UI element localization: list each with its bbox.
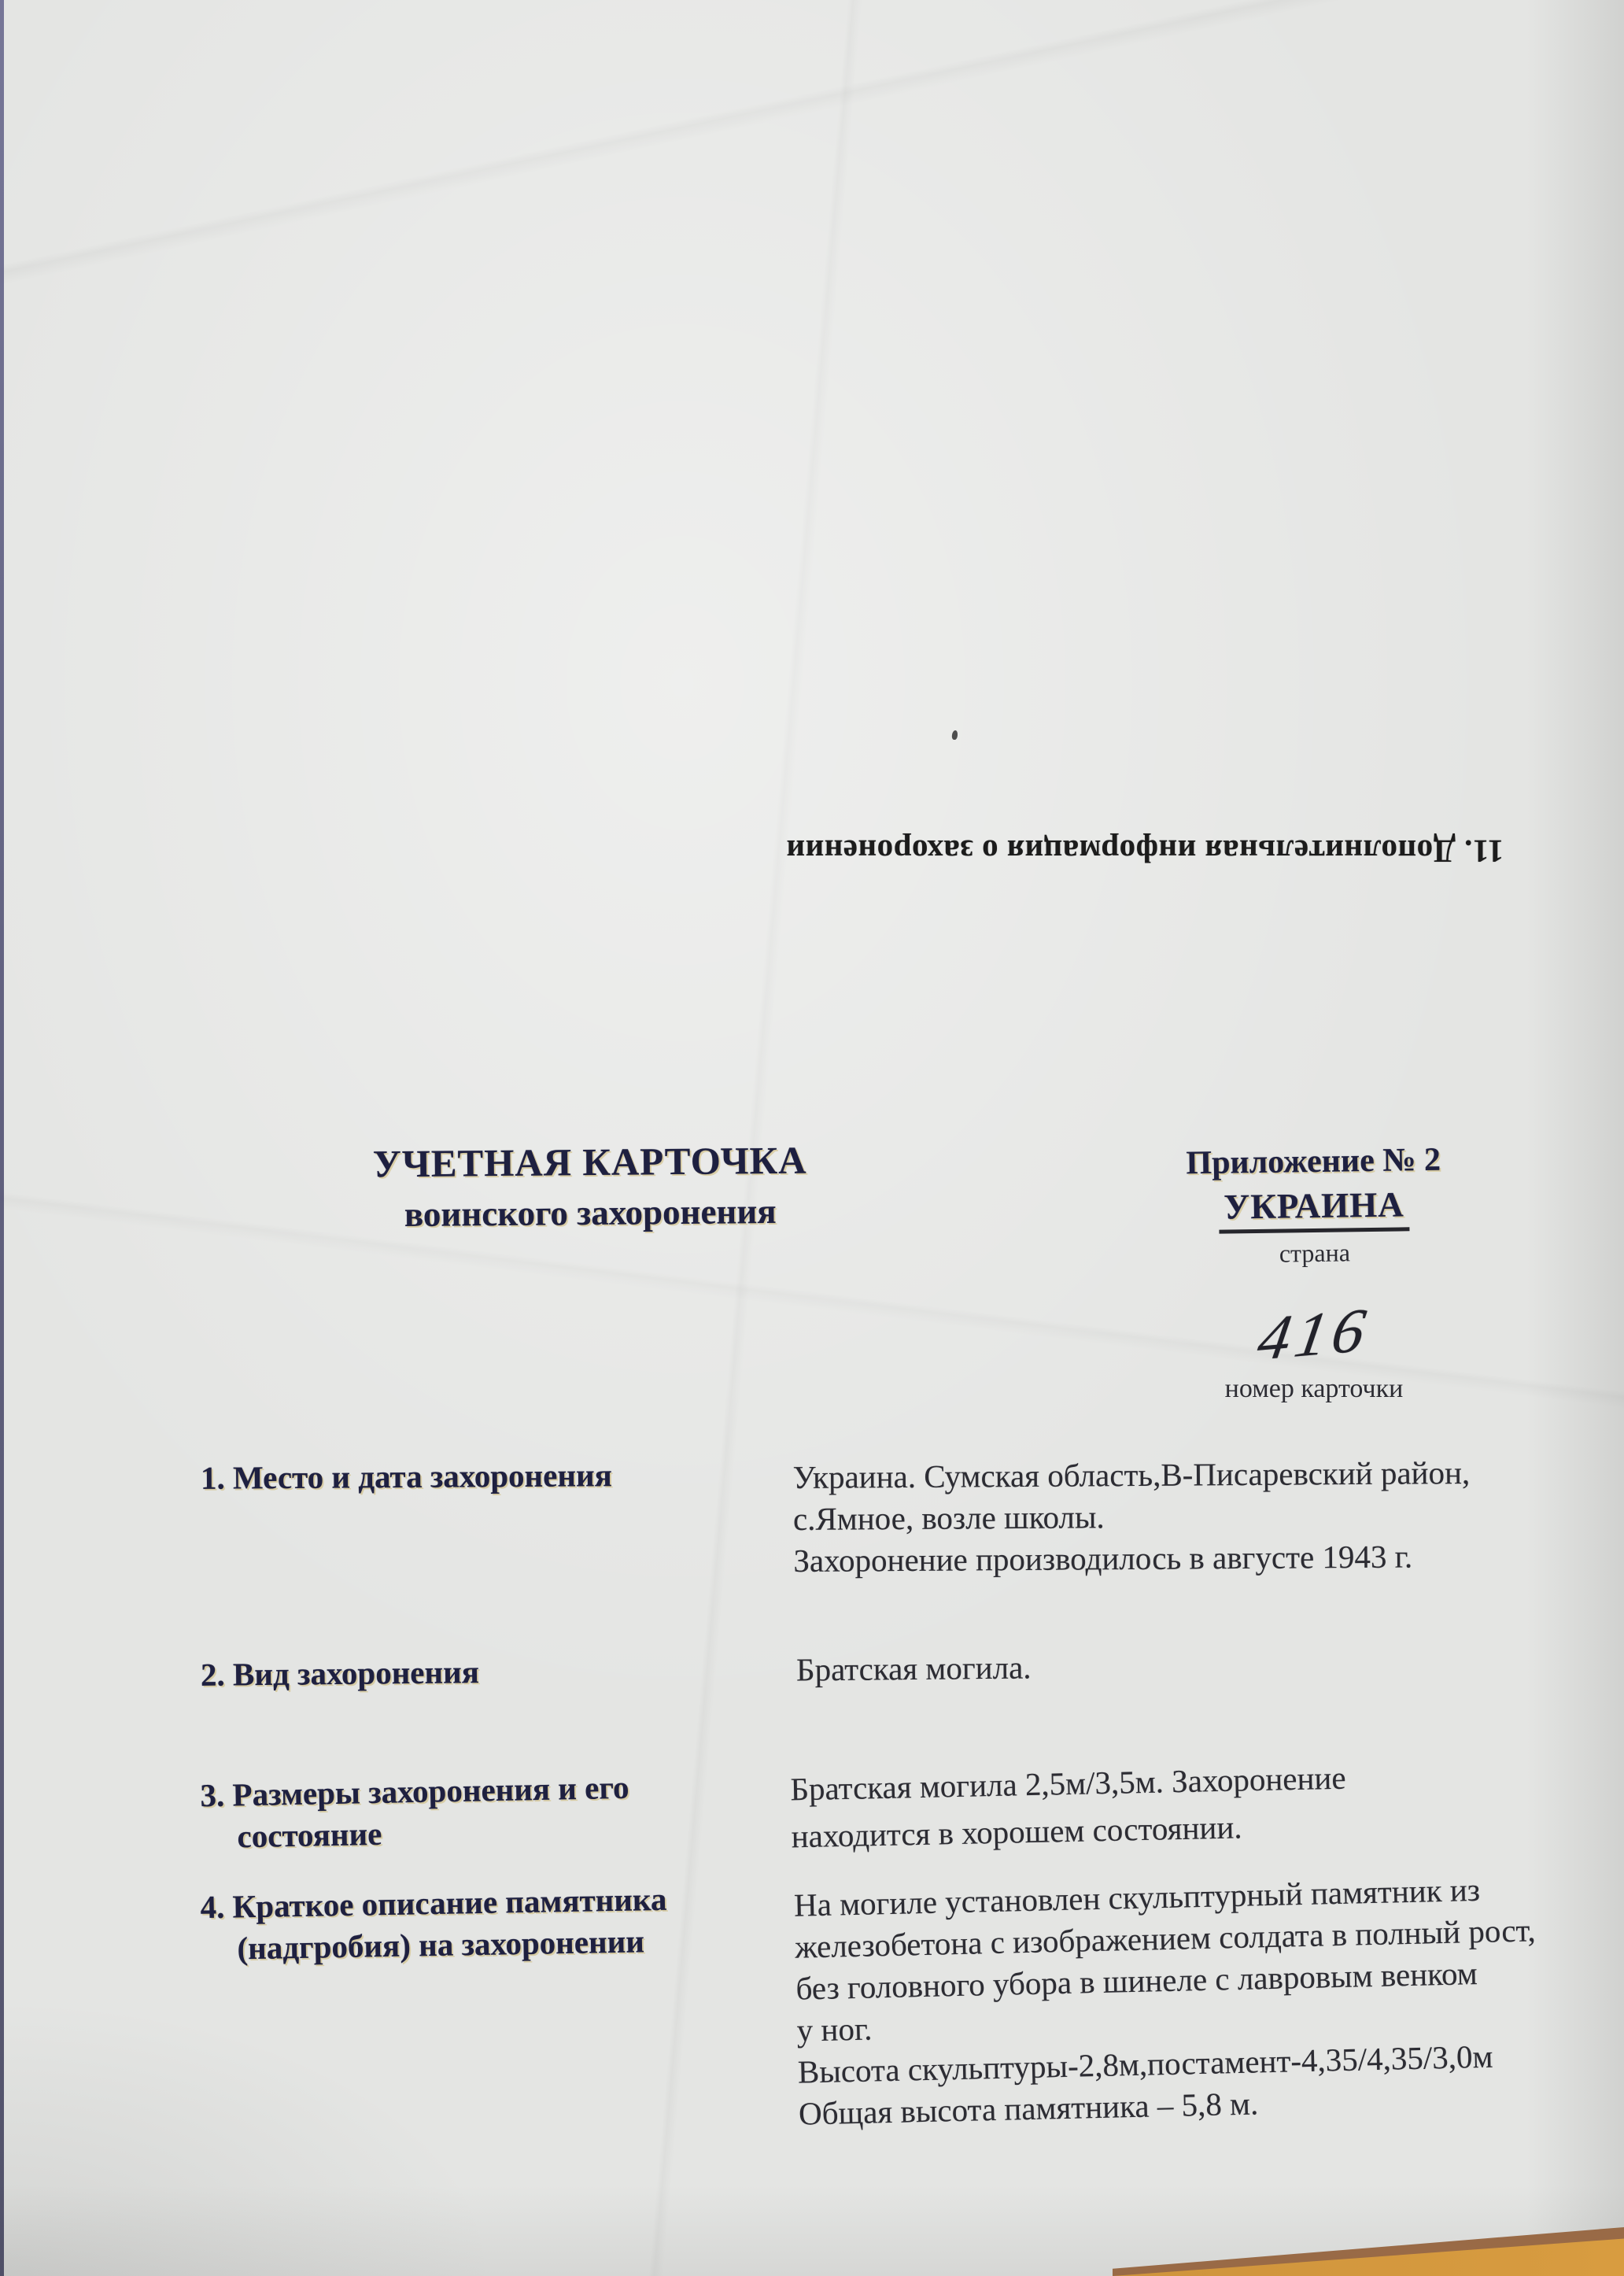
ink-speck-mark xyxy=(951,730,958,741)
item-1-value-line: Украина. Сумская область,В-Писаревский р… xyxy=(792,1452,1470,1498)
card-number-caption: номер карточки xyxy=(1145,1374,1483,1404)
card-number-block: 416 номер карточки xyxy=(1145,1303,1483,1404)
item-3-label: 3. Размеры захоронения и его состояние xyxy=(200,1767,630,1858)
handwritten-card-number: 416 xyxy=(1253,1299,1374,1371)
item-2-value-line: Братская могила. xyxy=(796,1646,1032,1690)
country-name-underlined: УКРАИНА xyxy=(1219,1184,1409,1233)
country-caption: страна xyxy=(1146,1236,1484,1270)
item-4-value: На могиле установлен скульптурный памятн… xyxy=(794,1868,1540,2134)
reverse-side-bleed-text: 11. Дополнительная информация о захороне… xyxy=(747,833,1542,870)
item-4-label: 4. Краткое описание памятника (надгробия… xyxy=(200,1879,668,1970)
item-1-value: Украина. Сумская область,В-Писаревский р… xyxy=(792,1452,1471,1582)
country-name: УКРАИНА xyxy=(1145,1183,1484,1235)
scanned-burial-card-page: 11. Дополнительная информация о захороне… xyxy=(0,0,1624,2276)
card-title: УЧЕТНАЯ КАРТОЧКА xyxy=(330,1137,849,1187)
card-subtitle: воинского захоронения xyxy=(330,1190,850,1236)
item-2-value: Братская могила. xyxy=(796,1646,1032,1690)
item-2-label: 2. Вид захоронения xyxy=(201,1651,479,1696)
item-1-label: 1. Место и дата захоронения xyxy=(201,1454,612,1499)
item-4-label-line: (надгробия) на захоронении xyxy=(201,1920,668,1970)
item-3-label-line: 3. Размеры захоронения и его xyxy=(200,1767,629,1816)
annex-country-block: Приложение № 2 УКРАИНА страна xyxy=(1144,1140,1484,1270)
item-1-value-line: с.Ямное, возле школы. xyxy=(793,1494,1471,1540)
item-3-value: Братская могила 2,5м/3,5м. Захоронение н… xyxy=(790,1754,1348,1860)
card-title-block: УЧЕТНАЯ КАРТОЧКА воинского захоронения xyxy=(330,1137,850,1236)
annex-label: Приложение № 2 xyxy=(1144,1140,1483,1183)
item-1-value-line: Захоронение производилось в августе 1943… xyxy=(793,1535,1471,1582)
photo-left-edge-line xyxy=(0,0,4,2276)
item-3-label-line: состояние xyxy=(201,1809,630,1858)
